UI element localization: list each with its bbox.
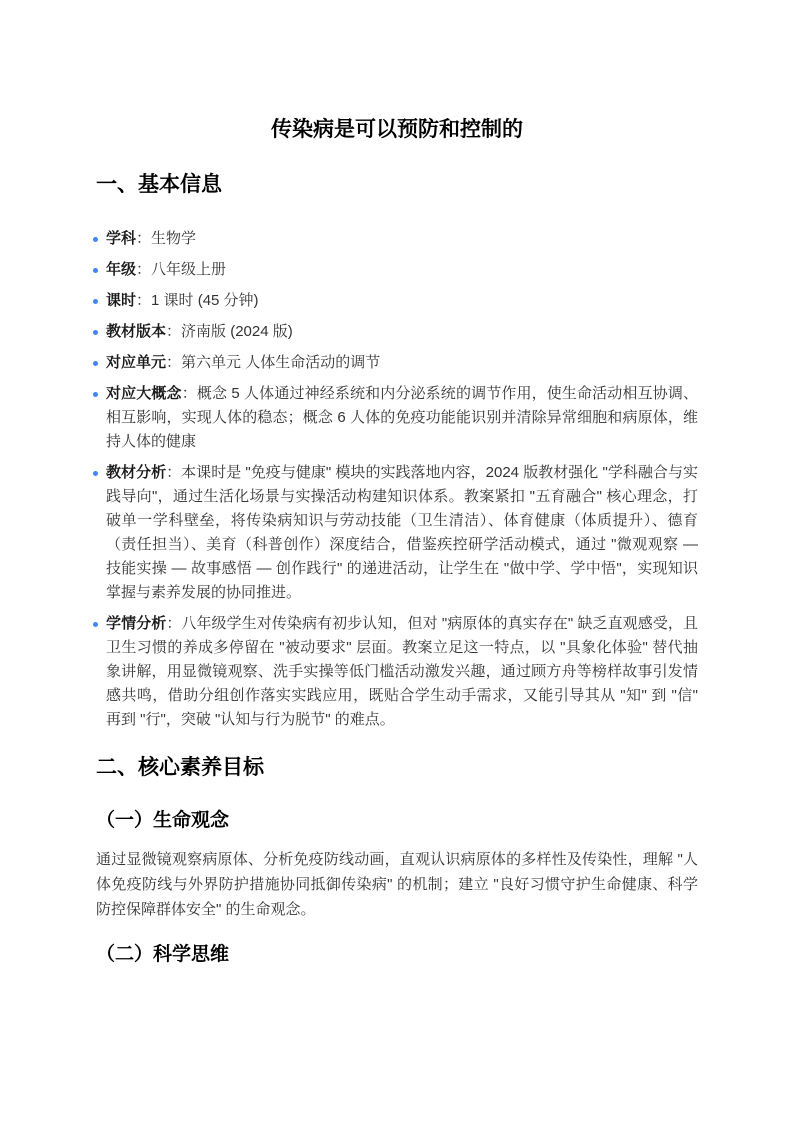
list-item-value: 八年级学生对传染病有初步认知，但对 "病原体的真实存在" 缺乏直观感受，且卫生习… xyxy=(106,615,698,728)
label-separator: ： xyxy=(166,615,181,632)
list-item: 对应单元：第六单元 人体生命活动的调节 xyxy=(96,351,698,375)
label-separator: ： xyxy=(136,230,151,247)
subsection-scientific-thinking: （二）科学思维 xyxy=(96,944,698,966)
label-separator: ： xyxy=(136,292,151,309)
bullet-dot-icon xyxy=(93,471,98,476)
section-basic-info: 一、基本信息 学科：生物学 年级：八年级上册 课时：1 课时 (45 分钟) 教… xyxy=(96,173,698,732)
bullet-dot-icon xyxy=(93,392,98,397)
list-item: 学科：生物学 xyxy=(96,227,698,251)
list-item-label: 学科 xyxy=(106,230,136,247)
document-title: 传染病是可以预防和控制的 xyxy=(96,118,698,142)
list-item: 教材分析：本课时是 "免疫与健康" 模块的实践落地内容，2024 版教材强化 "… xyxy=(96,461,698,605)
list-item-label: 课时 xyxy=(106,292,136,309)
bullet-dot-icon xyxy=(93,330,98,335)
label-separator: ： xyxy=(166,323,181,340)
list-item-value: 八年级上册 xyxy=(151,261,226,278)
subsection-heading-scientific-thinking: （二）科学思维 xyxy=(96,944,698,966)
subsection-body-life-concept: 通过显微镜观察病原体、分析免疫防线动画，直观认识病原体的多样性及传染性，理解 "… xyxy=(96,847,698,922)
list-item: 学情分析：八年级学生对传染病有初步认知，但对 "病原体的真实存在" 缺乏直观感受… xyxy=(96,612,698,732)
label-separator: ： xyxy=(182,385,197,402)
bullet-dot-icon xyxy=(93,237,98,242)
document-page: 传染病是可以预防和控制的 一、基本信息 学科：生物学 年级：八年级上册 课时：1… xyxy=(0,0,794,1123)
list-item-label: 学情分析 xyxy=(106,615,166,632)
list-item-label: 对应大概念 xyxy=(106,385,182,402)
bullet-dot-icon xyxy=(93,299,98,304)
list-item: 教材版本：济南版 (2024 版) xyxy=(96,320,698,344)
list-item-value: 生物学 xyxy=(151,230,196,247)
basic-info-list: 学科：生物学 年级：八年级上册 课时：1 课时 (45 分钟) 教材版本：济南版… xyxy=(96,227,698,732)
list-item: 对应大概念：概念 5 人体通过神经系统和内分泌系统的调节作用，使生命活动相互协调… xyxy=(96,382,698,454)
list-item-value: 本课时是 "免疫与健康" 模块的实践落地内容，2024 版教材强化 "学科融合与… xyxy=(106,464,698,601)
bullet-dot-icon xyxy=(93,361,98,366)
list-item-value: 第六单元 人体生命活动的调节 xyxy=(181,354,380,371)
subsection-heading-life-concept: （一）生命观念 xyxy=(96,810,698,832)
label-separator: ： xyxy=(136,261,151,278)
label-separator: ： xyxy=(166,354,181,371)
list-item-label: 对应单元 xyxy=(106,354,166,371)
list-item: 课时：1 课时 (45 分钟) xyxy=(96,289,698,313)
label-separator: ： xyxy=(166,464,181,481)
list-item-value: 1 课时 (45 分钟) xyxy=(151,292,259,309)
list-item-label: 教材分析 xyxy=(106,464,166,481)
list-item: 年级：八年级上册 xyxy=(96,258,698,282)
list-item-value: 济南版 (2024 版) xyxy=(181,323,293,340)
list-item-label: 教材版本 xyxy=(106,323,166,340)
section-heading-core-literacy: 二、核心素养目标 xyxy=(96,756,698,780)
section-core-literacy: 二、核心素养目标 （一）生命观念 通过显微镜观察病原体、分析免疫防线动画，直观认… xyxy=(96,756,698,966)
bullet-dot-icon xyxy=(93,268,98,273)
bullet-dot-icon xyxy=(93,622,98,627)
section-heading-basic-info: 一、基本信息 xyxy=(96,173,698,197)
list-item-label: 年级 xyxy=(106,261,136,278)
subsection-life-concept: （一）生命观念 通过显微镜观察病原体、分析免疫防线动画，直观认识病原体的多样性及… xyxy=(96,810,698,922)
